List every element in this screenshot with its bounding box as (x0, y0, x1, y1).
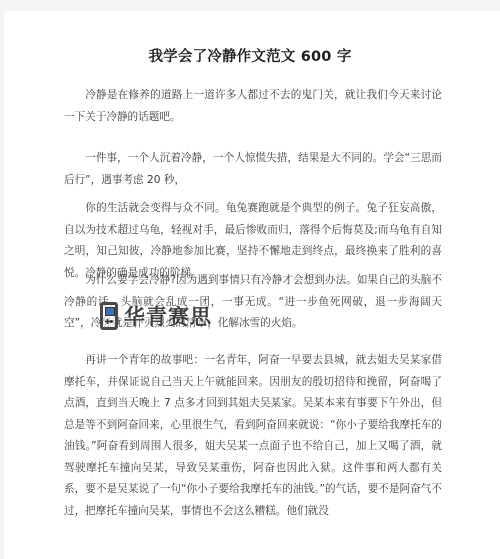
paragraph-4: 为什么要学会冷静?因为遇到事情只有冷静才会想到办法。如果自己的头脑不冷静的话，头… (64, 270, 442, 335)
paragraph-5: 再讲一个青年的故事吧：一名青年，阿奋一早要去县城，就去姐夫吴某家借摩托车，并保证… (64, 350, 442, 522)
paragraph-2: 一件事，一个人沉着冷静，一个人惊慌失措，结果是大不同的。学会“三思而后行”，遇事… (64, 148, 442, 191)
document-title: 我学会了冷静作文范文 600 字 (0, 45, 500, 66)
paragraph-1: 冷静是在修养的道路上一道许多人都过不去的鬼门关，就让我们今天来讨论一下关于冷静的… (64, 85, 442, 128)
